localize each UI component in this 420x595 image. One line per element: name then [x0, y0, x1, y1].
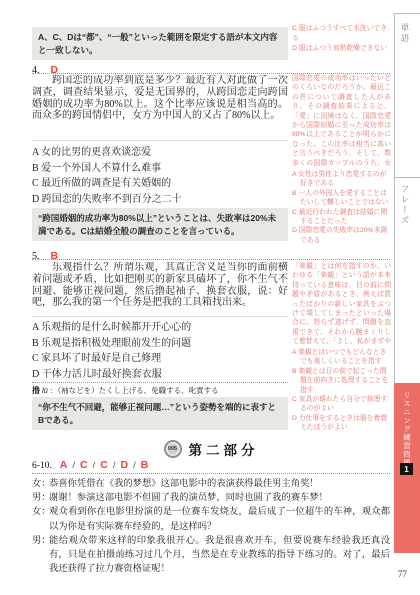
q5-answer-letter: B [51, 250, 59, 262]
dialogue-line: 男： 能给观众带来这样的印象我很开心。我是很喜欢开车，但要说赛车经验我还真没有，… [32, 534, 390, 577]
q5-trans-option-a: A 楽観とはいつでもどんなときでも楽しくいることを指す [292, 348, 391, 367]
page-number: 77 [398, 569, 407, 579]
q4-passage: 跨国恋的成功率到底是多少？最近有人对此做了一次调查，调查结果显示，爱是无国界的，… [32, 75, 288, 137]
vocab-gloss: ：（袖などを）たくし上げる、免職する、叱責する [50, 386, 219, 395]
dialogue-text: 谢谢！参演这部电影不但圆了我的演员梦，同时也圆了我的赛车梦！ [49, 491, 390, 505]
divider-dotted [32, 259, 390, 260]
q5-trans-option-c: C 家具が壊れたら自分で修理するのがよい [292, 395, 391, 414]
dialogue-text: 观众看到你在电影里扮演的是一位赛车发烧友，最后成了一位超牛的车神，观众都以为你是… [49, 505, 390, 533]
answer-6: A [60, 459, 68, 471]
q4-option-b: B 爱一个外国人不算什么难事 [32, 161, 288, 177]
vocab-word: 撸 [32, 386, 40, 395]
part2-answers-row: 6-10. A / C / C / D / B [32, 459, 148, 471]
q4-options: A 女的比男的更喜欢谈恋爱 B 爱一个外国人不算什么难事 C 最近所做的调查是有… [32, 145, 288, 207]
q5-explanation-box: “你不生气不回避，能够正视问题…”という姿勢を端的に表すとBである。 [32, 397, 288, 430]
q5-number: 5. [32, 251, 40, 262]
q5-option-c: C 家具坏了时最好是自己修理 [32, 351, 288, 367]
dialogue-line: 女： 恭喜你凭借在《我的梦想》这部电影中的表演获得最佳男主角奖！ [32, 477, 390, 491]
tab-phrases[interactable]: フレーズ [399, 184, 411, 226]
answer-range-label: 6-10. [32, 461, 52, 471]
carryover-option-c: C 服はふつうすべて水洗いできる [292, 24, 392, 44]
q4-option-d: D 跨国恋的失败率不到百分之二十 [32, 192, 288, 208]
audio-track-badge: 005 [164, 440, 182, 458]
q4-trans-option-d: D 国際恋愛の失敗率は20%未満である [292, 226, 391, 245]
q5-option-d: D 干体力活儿时最好换套衣服 [32, 367, 288, 383]
carryover-options: C 服はふつうすべて水洗いできる D 服はふつう加熱乾燥できない [292, 24, 392, 54]
dialogue-line: 女： 观众看到你在电影里扮演的是一位赛车发烧友，最后成了一位超牛的车神，观众都以… [32, 505, 390, 533]
dialogue-line: 男： 谢谢！参演这部电影不但圆了我的演员梦，同时也圆了我的赛车梦！ [32, 491, 390, 505]
q4-option-c: C 最近所做的调查是有关婚姻的 [32, 176, 288, 192]
tab-listening-label: リスニング練習問題 [402, 391, 413, 468]
part2-title: 第二部分 [189, 439, 259, 459]
q4-translation: 国際恋愛の成功率はいったいどのくらいなのだろうか。最近この件について調査した人が… [292, 74, 391, 167]
answer-7: C [80, 459, 88, 471]
sidebar-tab-border [394, 177, 420, 178]
q5-option-b: B 乐观是指积极处理眼前发生的问题 [32, 336, 288, 352]
answer-separator: / [93, 460, 96, 471]
divider-dotted [32, 473, 390, 474]
sidebar-divider [394, 13, 395, 383]
tab-listening-practice[interactable]: リスニング練習問題 1 [394, 383, 420, 553]
q4-option-a: A 女的比男的更喜欢谈恋爱 [32, 145, 288, 161]
q4-trans-option-b: B 一人の外国人を愛することはたいして難しいことではない [292, 189, 391, 208]
divider-thin [32, 316, 288, 317]
carryover-explanation-box: A、C、Dは“都”、“一般”といった範囲を限定する語が本文内容と一致しない。 [32, 27, 288, 60]
speaker-label: 女： [32, 505, 49, 533]
dialogue-text: 能给观众带来这样的印象我很开心。我是很喜欢开车，但要说赛车经验我还真没有，只是在… [49, 534, 390, 577]
q5-trans-option-b: B 楽観とは目の前で起こった問題を前向きに処理することを指す [292, 367, 391, 395]
speaker-label: 男： [32, 491, 49, 505]
q4-translation-options: A 女性は男性より恋愛するのが好きである B 一人の外国人を愛することはたいして… [292, 170, 391, 245]
q4-explanation-box: “跨国婚姻的成功率为80%以上”ということは、失敗率は20%未満である。Cは結婚… [32, 208, 288, 241]
q4-trans-option-c: C 最近行われた調査は結婚に関することだった [292, 208, 391, 227]
speaker-label: 男： [32, 534, 49, 577]
q5-passage: 乐观指什么？所谓乐观，其真正含义是当你的面前横着问题或矛盾，比如把刚买的新家具磕… [32, 262, 288, 312]
answer-8: C [100, 459, 108, 471]
textbook-page: A、C、Dは“都”、“一般”といった範囲を限定する語が本文内容と一致しない。 C… [0, 0, 420, 595]
part2-heading: 005 第二部分 [32, 439, 390, 459]
sidebar-tab-border [394, 13, 420, 14]
divider-dotted [32, 382, 288, 383]
dialogue-text: 恭喜你凭借在《我的梦想》这部电影中的表演获得最佳男主角奖！ [49, 477, 390, 491]
answer-separator: / [72, 460, 75, 471]
tab-vocabulary[interactable]: 単語 [399, 23, 411, 44]
q5-trans-option-d: D 力仕事をするときは服を着替えたほうがよい [292, 414, 391, 433]
q4-trans-option-a: A 女性は男性より恋愛するのが好きである [292, 170, 391, 189]
q5-options: A 乐观指的是什么时候都开开心心的 B 乐观是指积极处理眼前发生的问题 C 家具… [32, 320, 288, 382]
answer-9: D [121, 459, 129, 471]
dialogue-transcript: 女： 恭喜你凭借在《我的梦想》这部电影中的表演获得最佳男主角奖！ 男： 谢谢！参… [32, 477, 390, 576]
q5-option-a: A 乐观指的是什么时候都开开心心的 [32, 320, 288, 336]
q5-translation: 「楽観」とは何を指すのか。いわゆる「楽観」という語が本来持っている意味は、目の前… [292, 262, 391, 346]
answer-separator: / [113, 460, 116, 471]
answer-10: B [141, 459, 149, 471]
answer-separator: / [133, 460, 136, 471]
vocab-pinyin: lū [42, 386, 48, 395]
divider-thin [32, 140, 288, 141]
q5-translation-options: A 楽観とはいつでもどんなときでも楽しくいることを指す B 楽観とは目の前で起こ… [292, 348, 391, 433]
chapter-number-badge: 1 [400, 463, 413, 475]
carryover-option-d: D 服はふつう加熱乾燥できない [292, 44, 392, 54]
speaker-label: 女： [32, 477, 49, 491]
q5-vocab-note: 撸lū：（袖などを）たくし上げる、免職する、叱責する [32, 385, 288, 396]
